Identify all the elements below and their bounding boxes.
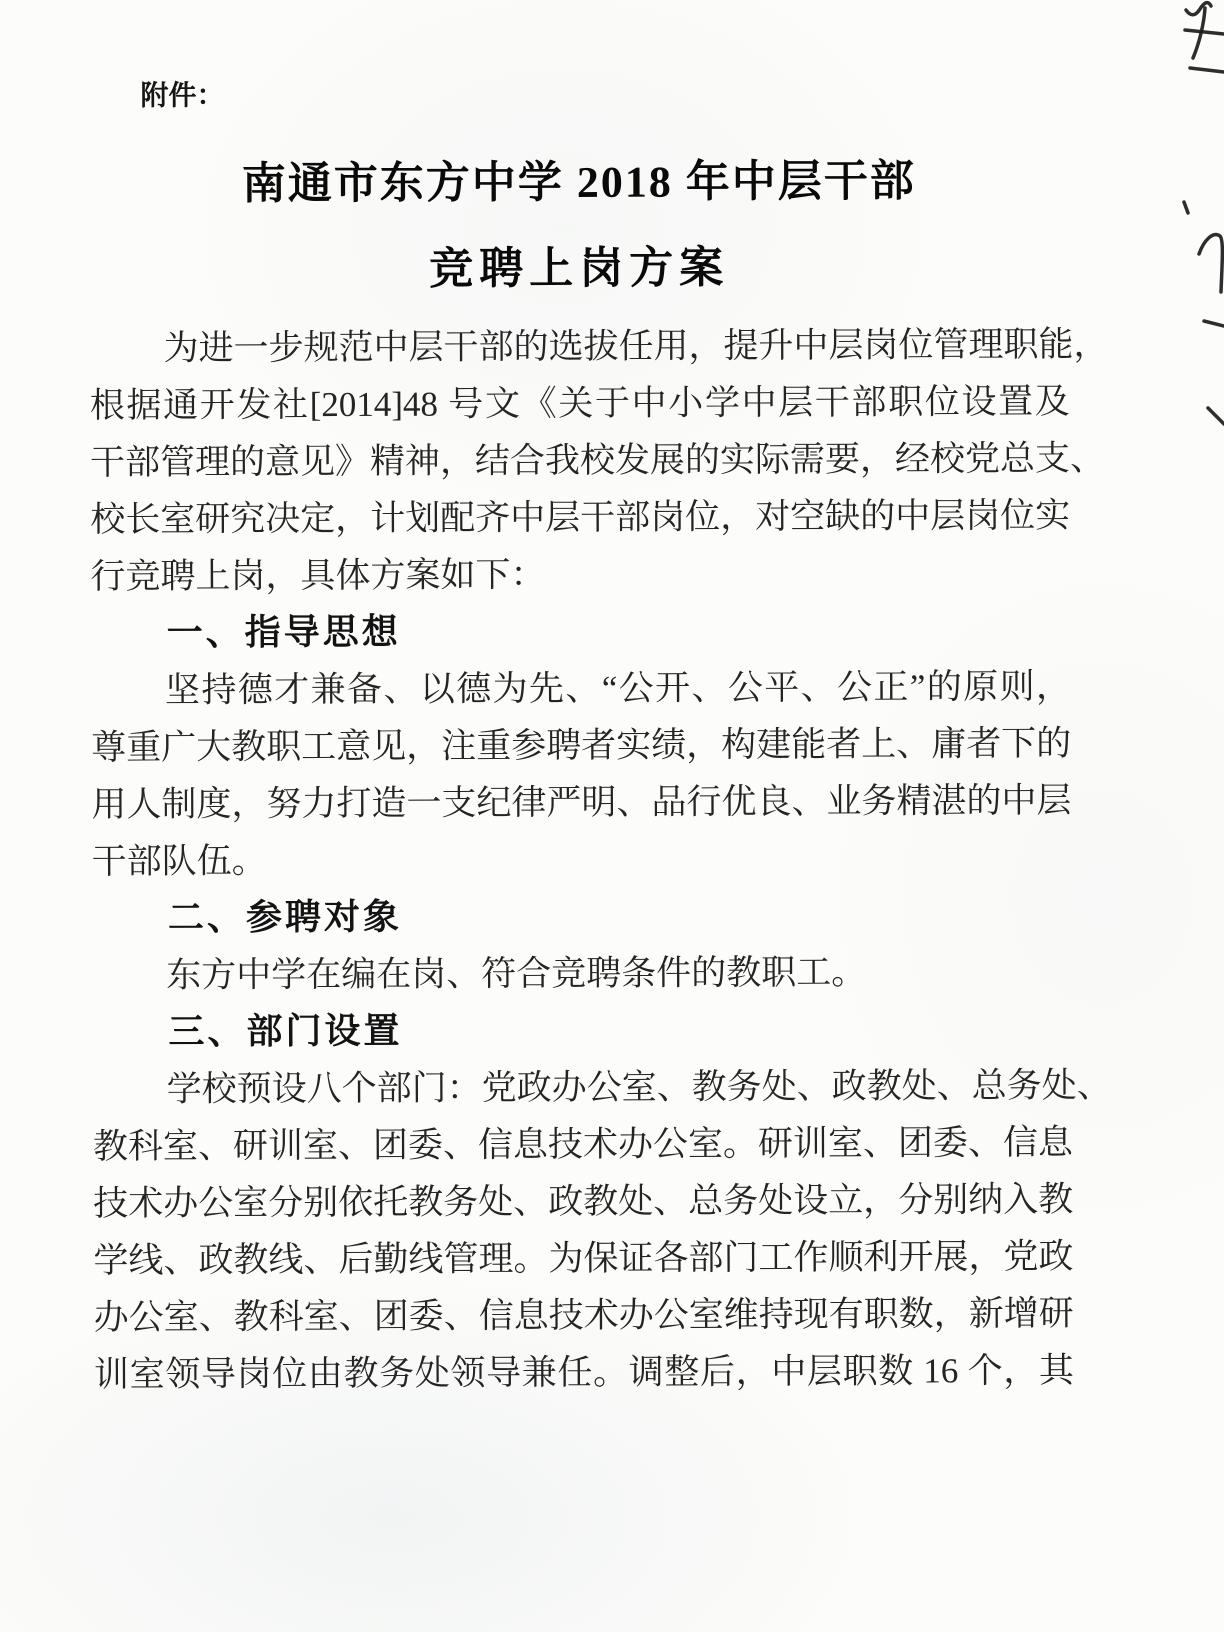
intro-line-4: 校长室研究决定，计划配齐中层干部岗位，对空缺的中层岗位实 [90,487,1070,548]
document-content: 附件： 南通市东方中学 2018 年中层干部 竞聘上岗方案 为进一步规范中层干部… [88,0,1074,1403]
section2-line-1: 东方中学在编在岗、符合竞聘条件的教职工。 [92,943,1072,1004]
section3-line-1: 学校预设八个部门：党政办公室、教务处、政教处、总务处、 [93,1057,1073,1118]
document-title-line1: 南通市东方中学 2018 年中层干部 [89,150,1069,216]
attachment-label: 附件： [140,76,1068,114]
section1-line-3: 用人制度，努力打造一支纪律严明、品行优良、业务精湛的中层 [91,772,1071,833]
section1-heading: 一、指导思想 [91,601,1071,662]
section3-line-2: 教科室、研训室、团委、信息技术办公室。研训室、团委、信息 [93,1114,1073,1175]
section3-heading: 三、部门设置 [92,1000,1072,1061]
section2-heading: 二、参聘对象 [92,886,1072,947]
scanned-document-page: 附件： 南通市东方中学 2018 年中层干部 竞聘上岗方案 为进一步规范中层干部… [0,0,1224,1632]
intro-line-3: 干部管理的意见》精神，结合我校发展的实际需要，经校党总支、 [90,430,1070,491]
document-title-line2: 竞聘上岗方案 [89,236,1069,302]
section1-line-2: 尊重广大教职工意见，注重参聘者实绩，构建能者上、庸者下的 [91,715,1071,776]
section3-line-5: 办公室、教科室、团委、信息技术办公室维持现有职数，新增研 [94,1285,1074,1346]
intro-line-5: 行竞聘上岗，具体方案如下： [90,544,1070,605]
section3-line-4: 学线、政教线、后勤线管理。为保证各部门工作顺利开展，党政 [93,1228,1073,1289]
section3-line-6: 训室领导岗位由教务处领导兼任。调整后，中层职数 16 个，其 [94,1342,1074,1403]
section1-line-4: 干部队伍。 [92,829,1072,890]
section3-line-3: 技术办公室分别依托教务处、政教处、总务处设立，分别纳入教 [93,1171,1073,1232]
intro-line-1: 为进一步规范中层干部的选拔任用，提升中层岗位管理职能， [89,316,1069,377]
intro-line-2: 根据通开发社[2014]48 号文《关于中小学中层干部职位设置及 [90,373,1070,434]
document-body: 为进一步规范中层干部的选拔任用，提升中层岗位管理职能， 根据通开发社[2014]… [89,316,1074,1403]
section1-line-1: 坚持德才兼备、以德为先、“公开、公平、公正”的原则， [91,658,1071,719]
handwritten-pen-marks [1114,0,1224,440]
